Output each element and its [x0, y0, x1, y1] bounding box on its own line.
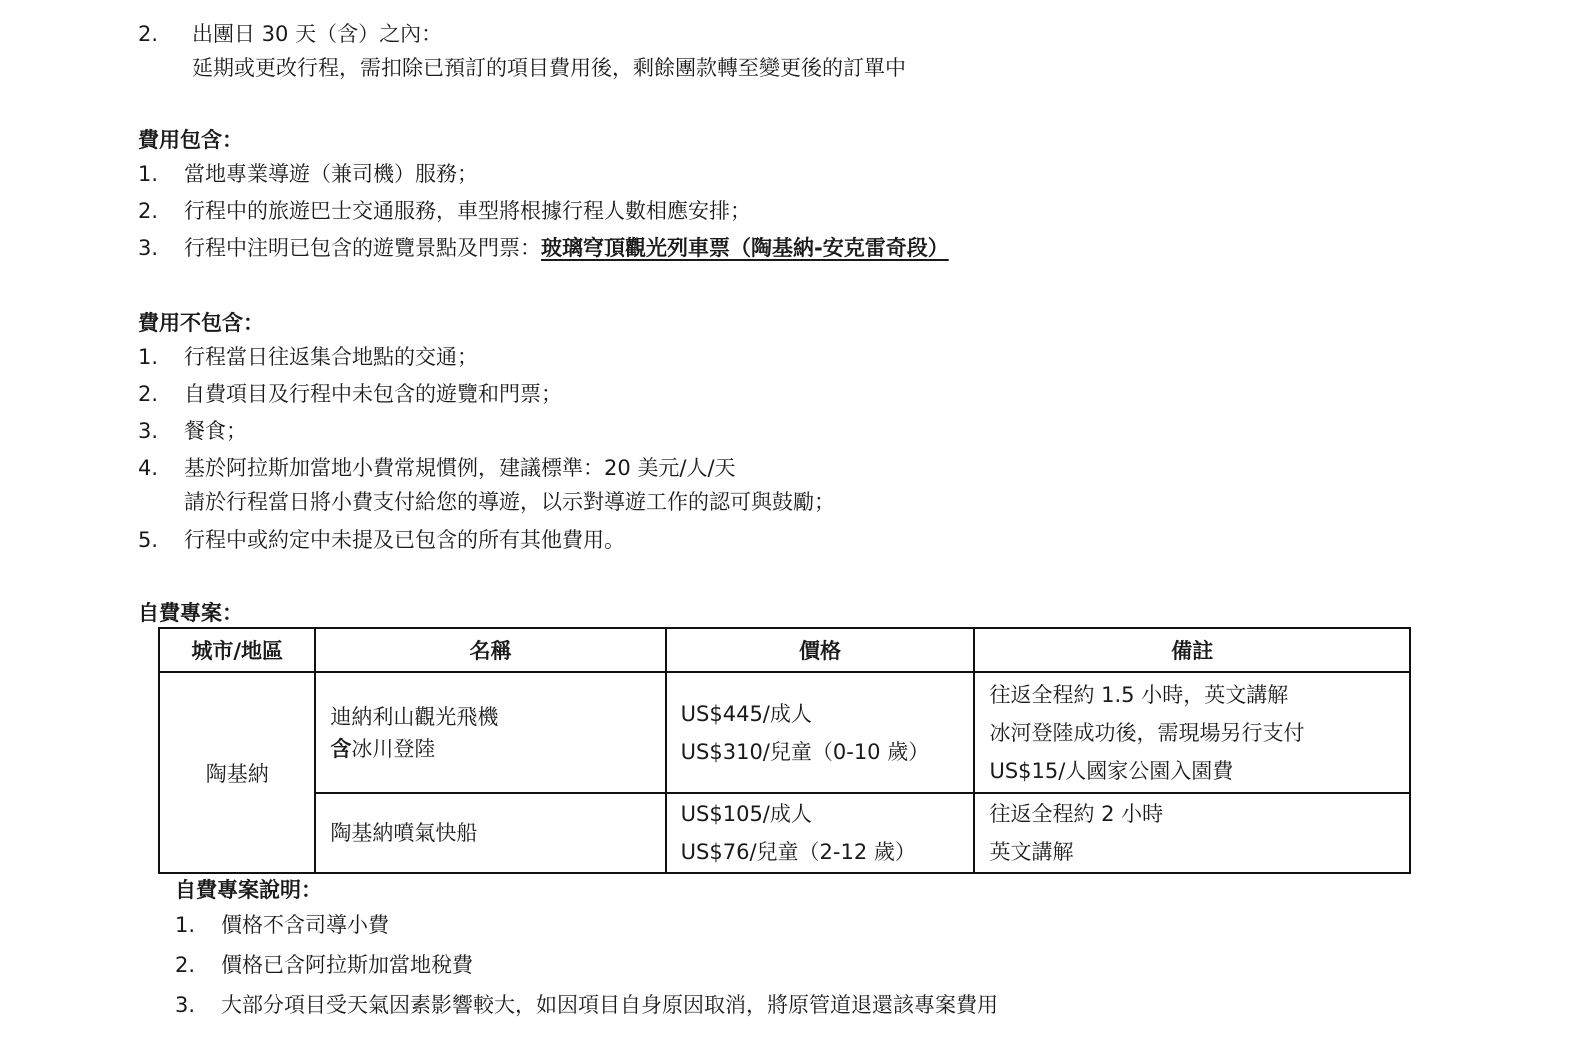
item-number: 4. [138, 454, 184, 482]
item-number: 2. [138, 197, 184, 225]
excluded-item-continuation: 請於行程當日將小費支付給您的導遊，以示對導遊工作的認可與鼓勵； [184, 488, 835, 516]
item-text: 行程中的旅遊巴士交通服務，車型將根據行程人數相應安排； [184, 199, 751, 223]
header-city: 城市/地區 [159, 628, 315, 672]
item-number: 1. [175, 911, 221, 939]
note-line: 往返全程約 2 小時 [989, 795, 1409, 833]
excluded-item: 5.行程中或約定中未提及已包含的所有其他費用。 [138, 526, 625, 554]
item-number: 3. [138, 417, 184, 445]
item-text: 價格已含阿拉斯加當地稅費 [221, 953, 473, 977]
price-adult: US$445/成人 [681, 695, 974, 733]
city-cell: 陶基納 [159, 672, 315, 873]
optional-note-item: 1.價格不含司導小費 [175, 911, 389, 939]
item-text: 行程中或約定中未提及已包含的所有其他費用。 [184, 528, 625, 552]
price-child: US$310/兒童（0-10 歲） [681, 733, 974, 771]
item-text: 行程中注明已包含的遊覽景點及門票： [184, 236, 541, 260]
excluded-heading: 費用不包含： [138, 307, 264, 337]
optional-note-item: 3.大部分項目受天氣因素影響較大，如因項目自身原因取消，將原管道退還該專案費用 [175, 991, 998, 1019]
item-number: 2. [138, 20, 184, 48]
header-price: 價格 [666, 628, 975, 672]
tour-name-line2: 含冰川登陸 [330, 733, 664, 765]
item-text: 價格不含司導小費 [221, 913, 389, 937]
header-notes: 備註 [974, 628, 1410, 672]
tour-name: 陶基納噴氣快船 [330, 814, 664, 852]
included-item: 3.行程中注明已包含的遊覽景點及門票：玻璃穹頂觀光列車票（陶基納-安克雷奇段） [138, 234, 949, 262]
price-cell: US$105/成人 US$76/兒童（2-12 歲） [666, 793, 975, 873]
excluded-item: 1.行程當日往返集合地點的交通； [138, 343, 478, 371]
item-text: 當地專業導遊（兼司機）服務； [184, 162, 478, 186]
name-cell: 迪納利山觀光飛機 含冰川登陸 [315, 672, 665, 793]
table-header-row: 城市/地區 名稱 價格 備註 [159, 628, 1410, 672]
header-name: 名稱 [315, 628, 665, 672]
included-ticket-highlight: 玻璃穹頂觀光列車票（陶基納-安克雷奇段） [541, 236, 949, 260]
included-heading: 費用包含： [138, 124, 243, 154]
change-policy-detail: 延期或更改行程，需扣除已預訂的項目費用後，剩餘團款轉至變更後的訂單中 [192, 54, 906, 82]
change-policy-item: 2.出團日 30 天（含）之內： [138, 20, 442, 48]
item-text: 餐食； [184, 419, 247, 443]
item-number: 2. [175, 951, 221, 979]
item-number: 3. [138, 234, 184, 262]
included-item: 2.行程中的旅遊巴士交通服務，車型將根據行程人數相應安排； [138, 197, 751, 225]
item-number: 2. [138, 380, 184, 408]
notes-cell: 往返全程約 2 小時 英文講解 [974, 793, 1410, 873]
notes-cell: 往返全程約 1.5 小時，英文講解 冰河登陸成功後，需現場另行支付 US$15/… [974, 672, 1410, 793]
included-item: 1.當地專業導遊（兼司機）服務； [138, 160, 478, 188]
excluded-item: 3.餐食； [138, 417, 247, 445]
tour-name-bold: 含 [330, 737, 351, 761]
note-line: 冰河登陸成功後，需現場另行支付 [989, 714, 1409, 752]
tour-name: 迪納利山觀光飛機 [330, 701, 664, 733]
item-title: 出團日 30 天（含）之內： [192, 22, 442, 46]
optional-note-item: 2.價格已含阿拉斯加當地稅費 [175, 951, 473, 979]
price-adult: US$105/成人 [681, 795, 974, 833]
excluded-item: 4.基於阿拉斯加當地小費常規慣例，建議標準：20 美元/人/天 [138, 454, 736, 482]
item-text: 基於阿拉斯加當地小費常規慣例，建議標準：20 美元/人/天 [184, 456, 736, 480]
note-line: 英文講解 [989, 833, 1409, 871]
optional-notes-heading: 自費專案說明： [175, 874, 322, 904]
table-row: 陶基納 迪納利山觀光飛機 含冰川登陸 US$445/成人 US$310/兒童（0… [159, 672, 1410, 793]
table-row: 陶基納噴氣快船 US$105/成人 US$76/兒童（2-12 歲） 往返全程約… [159, 793, 1410, 873]
note-line: 往返全程約 1.5 小時，英文講解 [989, 676, 1409, 714]
note-line: US$15/人國家公園入園費 [989, 752, 1409, 790]
item-number: 3. [175, 991, 221, 1019]
item-number: 5. [138, 526, 184, 554]
item-text: 行程當日往返集合地點的交通； [184, 345, 478, 369]
name-cell: 陶基納噴氣快船 [315, 793, 665, 873]
item-text: 自費項目及行程中未包含的遊覽和門票； [184, 382, 562, 406]
tour-name-rest: 冰川登陸 [351, 737, 435, 761]
price-child: US$76/兒童（2-12 歲） [681, 833, 974, 871]
optional-tours-table: 城市/地區 名稱 價格 備註 陶基納 迪納利山觀光飛機 含冰川登陸 US$445… [158, 627, 1411, 874]
optional-heading: 自費專案： [138, 597, 243, 627]
item-number: 1. [138, 343, 184, 371]
excluded-item: 2.自費項目及行程中未包含的遊覽和門票； [138, 380, 562, 408]
item-number: 1. [138, 160, 184, 188]
item-text: 大部分項目受天氣因素影響較大，如因項目自身原因取消，將原管道退還該專案費用 [221, 993, 998, 1017]
price-cell: US$445/成人 US$310/兒童（0-10 歲） [666, 672, 975, 793]
